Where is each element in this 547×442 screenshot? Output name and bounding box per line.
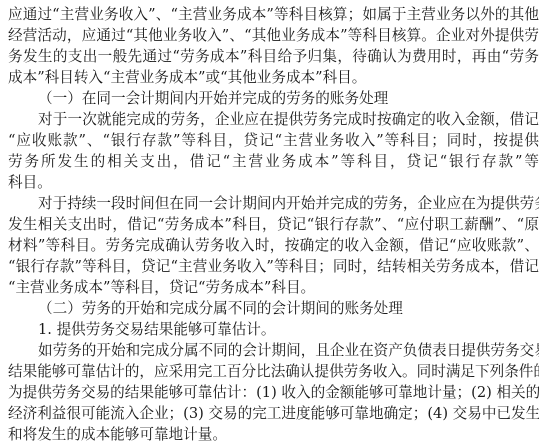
text-line: 对于持续一段时间但在同一会计期间内开始并完成的劳务，企业应在为提供劳务 [8,193,539,214]
text-line: 应通过“主营业务收入”、“主营业务成本”等科目核算；如属于主营业务以外的其他 [8,4,539,25]
section-heading: （二）劳务的开始和完成分属不同的会计期间的账务处理 [8,298,539,319]
text-line: 务发生的支出一般先通过“劳务成本”科目给予归集，待确认为费用时，再由“劳务 [8,46,539,67]
text-line: “银行存款”等科目，贷记“主营业务收入”等科目；同时，结转相关劳务成本，借记 [8,256,539,277]
text-line: 科目。 [8,172,539,193]
text-line: 劳务所发生的相关支出，借记“主营业务成本”等科目，贷记“银行存款”等 [8,151,539,172]
document-page: 应通过“主营业务收入”、“主营业务成本”等科目核算；如属于主营业务以外的其他 经… [8,4,539,442]
text-line: 为提供劳务交易的结果能够可靠估计：(1) 收入的金额能够可靠地计量；(2) 相关… [8,382,539,403]
text-line: 和将发生的成本能够可靠地计量。 [8,424,539,442]
text-line: “主营业务成本”等科目，贷记“劳务成本”科目。 [8,277,539,298]
text-line: “应收账款”、“银行存款”等科目，贷记“主营业务收入”等科目；同时，按提供 [8,130,539,151]
text-line: 经营活动，应通过“其他业务收入”、“其他业务成本”等科目核算。企业对外提供劳 [8,25,539,46]
section-heading: （一）在同一会计期间内开始并完成的劳务的账务处理 [8,88,539,109]
text-line: 发生相关支出时，借记“劳务成本”科目，贷记“银行存款”、“应付职工薪酬”、“原 [8,214,539,235]
subsection-heading: 1. 提供劳务交易结果能够可靠估计。 [8,319,539,340]
text-line: 结果能够可靠估计的，应采用完工百分比法确认提供劳务收入。同时满足下列条件的， [8,361,539,382]
text-line: 材料”等科目。劳务完成确认劳务收入时，按确定的收入金额，借记“应收账款”、 [8,235,539,256]
text-line: 如劳务的开始和完成分属不同的会计期间，且企业在资产负债表日提供劳务交易 [8,340,539,361]
text-line: 成本”科目转入“主营业务成本”或“其他业务成本”科目。 [8,67,539,88]
text-line: 经济利益很可能流入企业；(3) 交易的完工进度能够可靠地确定；(4) 交易中已发… [8,403,539,424]
text-line: 对于一次就能完成的劳务，企业应在提供劳务完成时按确定的收入金额，借记 [8,109,539,130]
